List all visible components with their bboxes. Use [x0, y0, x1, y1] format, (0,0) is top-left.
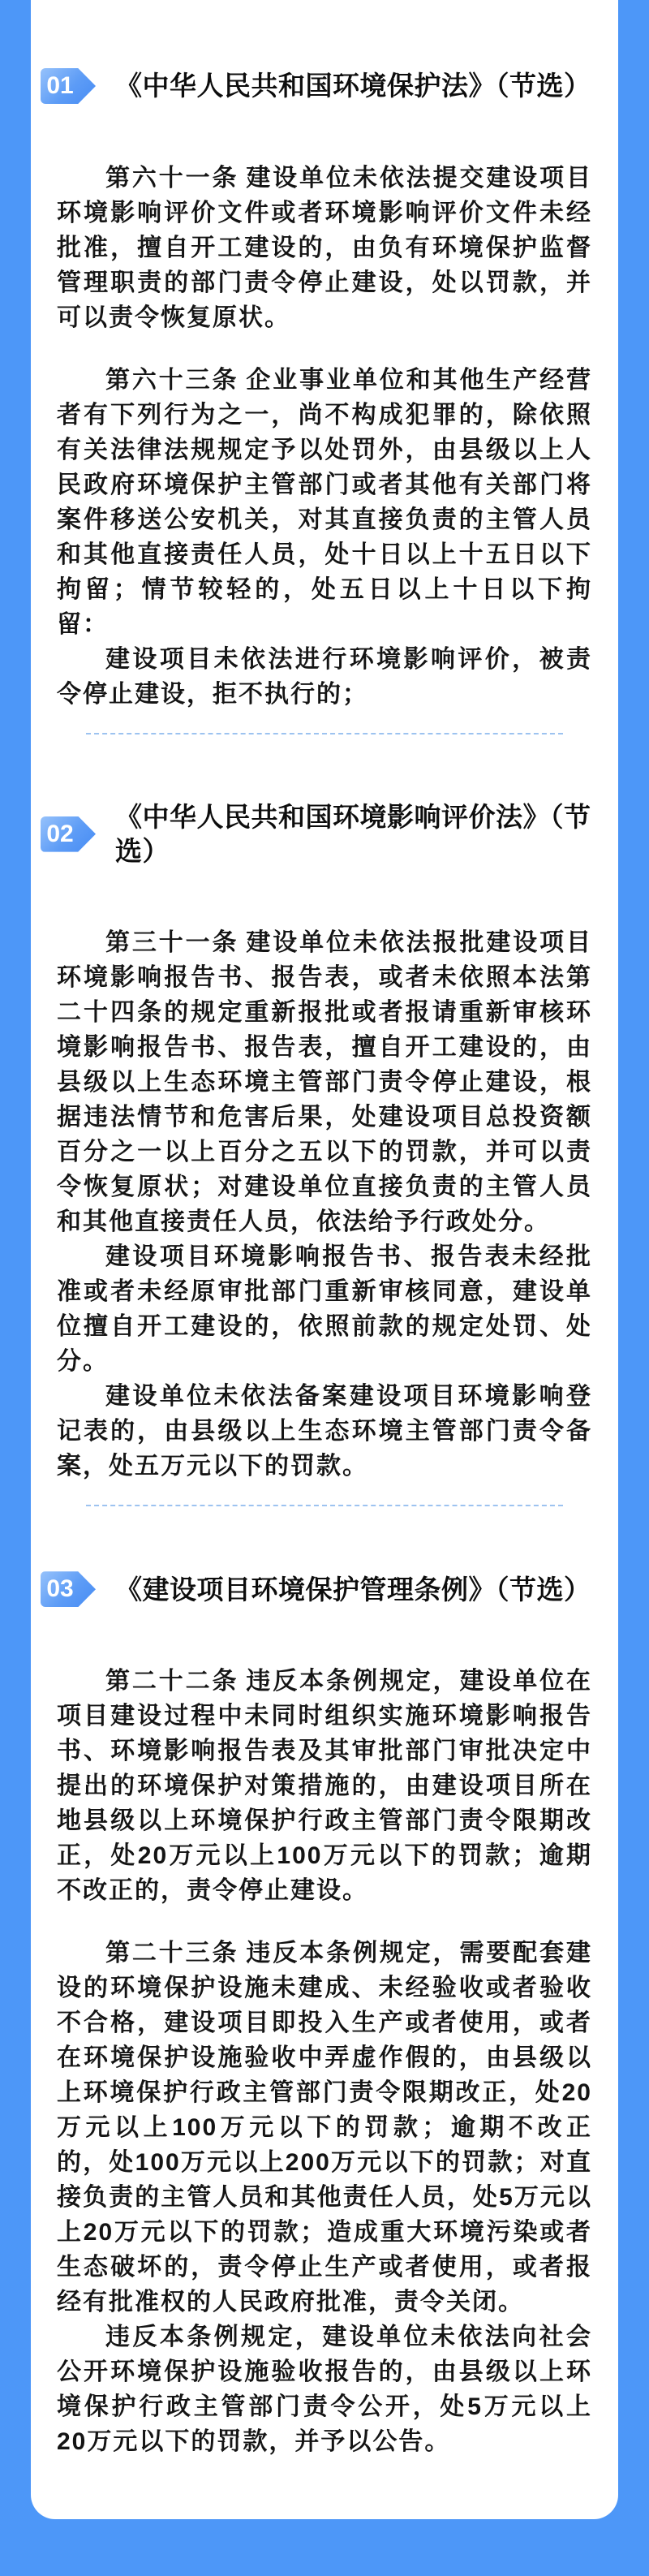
law-paragraph: 违反本条例规定，建设单位未依法向社会公开环境保护设施验收报告的，由县级以上环境保…	[57, 2320, 592, 2459]
paragraph-text: 企业事业单位和其他生产经营者有下列行为之一，尚不构成犯罪的，除依照有关法律法规规…	[57, 367, 592, 638]
paragraph-text: 违反本条例规定，建设单位在项目建设过程中未同时组织实施环境影响报告书、环境影响报…	[57, 1668, 592, 1904]
section-paragraphs: 第三十一条建设单位未依法报批建设项目环境影响报告书、报告表，或者未依照本法第二十…	[57, 925, 592, 1484]
law-paragraph: 建设单位未依法备案建设项目环境影响登记表的，由县级以上生态环境主管部门责令备案，…	[57, 1379, 592, 1484]
law-paragraph: 第六十一条建设单位未依法提交建设项目环境影响评价文件或者环境影响评价文件未经批准…	[57, 161, 592, 335]
section-title: 《中华人民共和国环境影响评价法》（节选）	[115, 800, 592, 868]
section-paragraphs: 第六十一条建设单位未依法提交建设项目环境影响评价文件或者环境影响评价文件未经批准…	[57, 161, 592, 712]
paragraph-text: 违反本条例规定，需要配套建设的环境保护设施未建成、未经验收或者验收不合格，建设项…	[57, 1940, 592, 2315]
section-header: 01 《中华人民共和国环境保护法》（节选）	[41, 47, 592, 125]
law-paragraph: 第二十三条违反本条例规定，需要配套建设的环境保护设施未建成、未经验收或者验收不合…	[57, 1936, 592, 2320]
paragraph-text: 违反本条例规定，建设单位未依法向社会公开环境保护设施验收报告的，由县级以上环境保…	[57, 2324, 592, 2455]
law-paragraph: 第六十三条企业事业单位和其他生产经营者有下列行为之一，尚不构成犯罪的，除依照有关…	[57, 363, 592, 642]
law-paragraph: 第二十二条违反本条例规定，建设单位在项目建设过程中未同时组织实施环境影响报告书、…	[57, 1664, 592, 1908]
paragraph-text: 建设单位未依法报批建设项目环境影响报告书、报告表，或者未依照本法第二十四条的规定…	[57, 929, 592, 1235]
article-number-lead: 第二十二条	[105, 1668, 239, 1695]
section-header: 03 《建设项目环境保护管理条例》（节选）	[41, 1550, 592, 1628]
section-number: 03	[46, 1575, 73, 1603]
paragraph-text: 建设项目未依法进行环境影响评价，被责令停止建设，拒不执行的；	[57, 646, 592, 708]
section-title: 《建设项目环境保护管理条例》（节选）	[115, 1573, 591, 1606]
section-paragraphs: 第二十二条违反本条例规定，建设单位在项目建设过程中未同时组织实施环境影响报告书、…	[57, 1664, 592, 2459]
paragraph-text: 建设项目环境影响报告书、报告表未经批准或者未经原审批部门重新审核同意，建设单位擅…	[57, 1243, 592, 1375]
law-paragraph: 第三十一条建设单位未依法报批建设项目环境影响报告书、报告表，或者未依照本法第二十…	[57, 925, 592, 1239]
section-header: 02 《中华人民共和国环境影响评价法》（节选）	[41, 778, 592, 890]
section-number-badge: 03	[41, 1571, 96, 1607]
sections-container: 01 《中华人民共和国环境保护法》（节选） 第六十一条建设单位未依法提交建设项目…	[57, 47, 592, 2459]
section-title: 《中华人民共和国环境保护法》（节选）	[115, 69, 591, 102]
article-number-lead: 第二十三条	[105, 1940, 239, 1966]
paragraph-text: 建设单位未依法备案建设项目环境影响登记表的，由县级以上生态环境主管部门责令备案，…	[57, 1383, 592, 1480]
article-number-lead: 第六十一条	[105, 165, 239, 192]
law-paragraph: 建设项目环境影响报告书、报告表未经批准或者未经原审批部门重新审核同意，建设单位擅…	[57, 1239, 592, 1379]
article-number-lead: 第三十一条	[105, 929, 239, 956]
section-divider	[86, 1505, 563, 1506]
section-number: 01	[46, 72, 73, 100]
section-number-badge: 01	[41, 68, 96, 104]
law-section: 02 《中华人民共和国环境影响评价法》（节选） 第三十一条建设单位未依法报批建设…	[57, 778, 592, 1484]
section-number: 02	[46, 821, 73, 848]
law-paragraph: 建设项目未依法进行环境影响评价，被责令停止建设，拒不执行的；	[57, 642, 592, 712]
law-section: 01 《中华人民共和国环境保护法》（节选） 第六十一条建设单位未依法提交建设项目…	[57, 47, 592, 712]
content-card: 01 《中华人民共和国环境保护法》（节选） 第六十一条建设单位未依法提交建设项目…	[31, 0, 618, 2519]
section-number-badge: 02	[41, 816, 96, 852]
law-section: 03 《建设项目环境保护管理条例》（节选） 第二十二条违反本条例规定，建设单位在…	[57, 1550, 592, 2459]
section-divider	[86, 733, 563, 734]
article-number-lead: 第六十三条	[105, 367, 239, 394]
